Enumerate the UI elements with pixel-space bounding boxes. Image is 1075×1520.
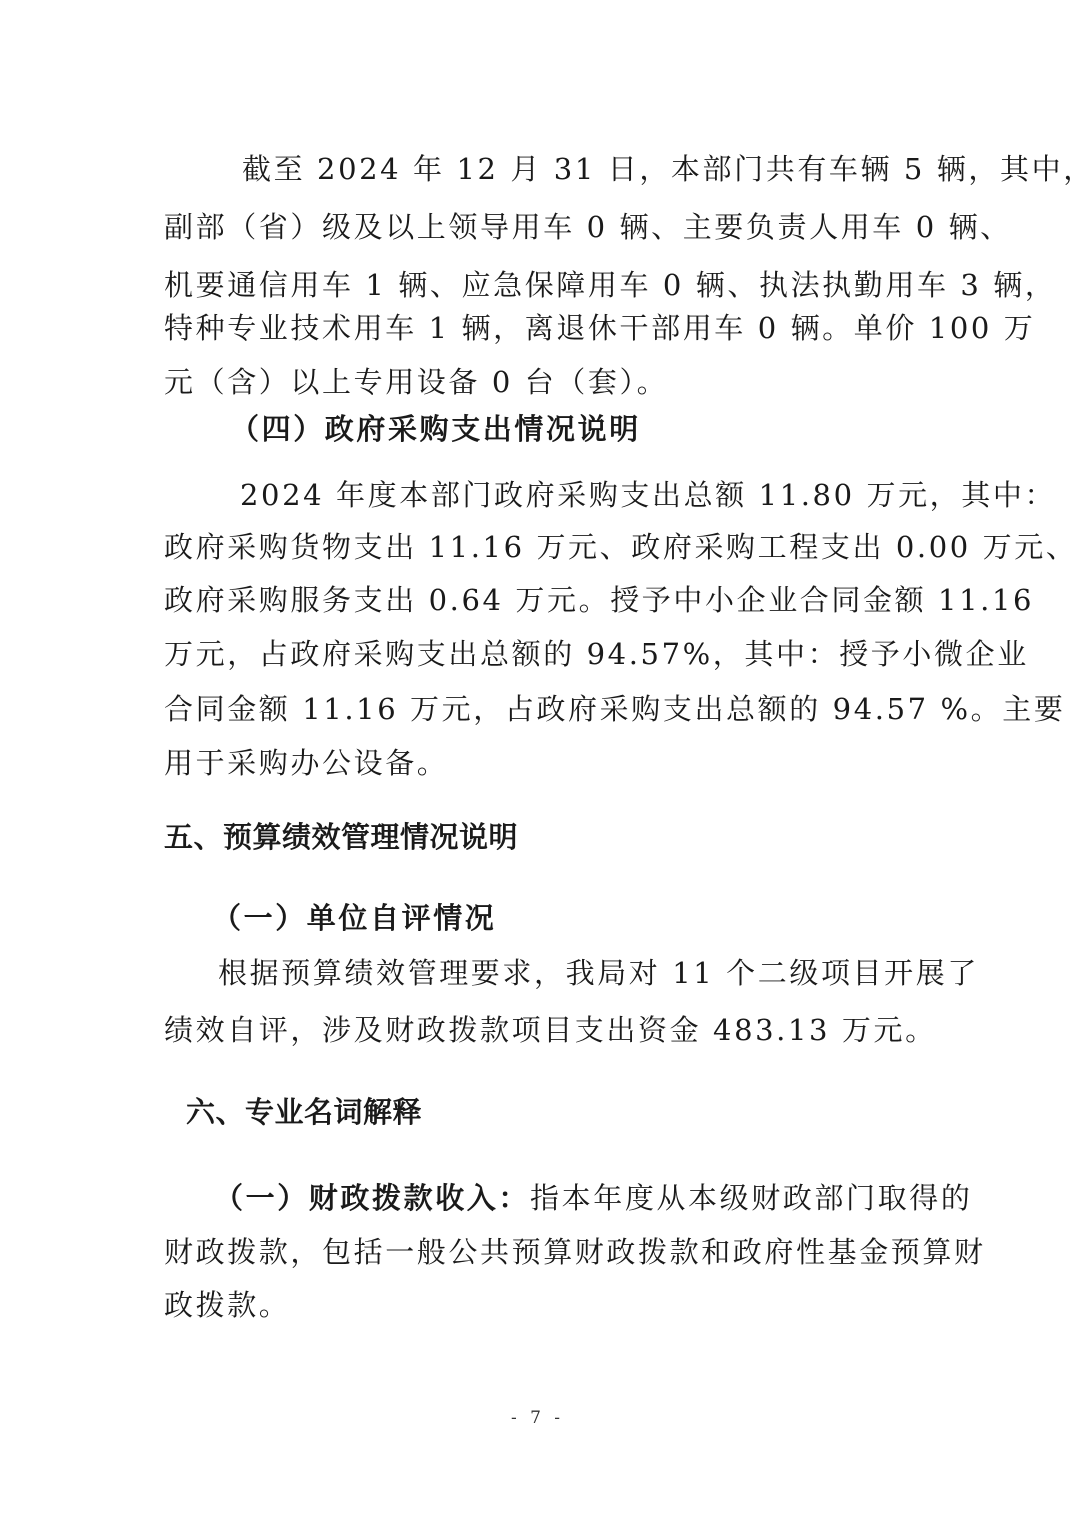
term-1-definition-start: 指本年度从本级财政部门取得的 — [530, 1181, 972, 1215]
procurement-line-5: 合同金额 11.16 万元，占政府采购支出总额的 94.57 %。主要 — [164, 689, 1065, 729]
vehicles-line-4: 特种专业技术用车 1 辆，离退休干部用车 0 辆。单价 100 万 — [164, 308, 1035, 348]
procurement-line-1: 2024 年度本部门政府采购支出总额 11.80 万元，其中： — [240, 475, 1056, 515]
procurement-line-2: 政府采购货物支出 11.16 万元、政府采购工程支出 0.00 万元、 — [164, 527, 1075, 567]
vehicles-line-2: 副部（省）级及以上领导用车 0 辆、主要负责人用车 0 辆、 — [164, 207, 1012, 247]
procurement-line-6: 用于采购办公设备。 — [164, 743, 448, 783]
term-1-line-2: 财政拨款，包括一般公共预算财政拨款和政府性基金预算财 — [164, 1232, 986, 1272]
section-6-heading: 六、专业名词解释 — [186, 1092, 422, 1132]
self-eval-line-1: 根据预算绩效管理要求，我局对 11 个二级项目开展了 — [218, 953, 979, 993]
term-1-line-3: 政拨款。 — [164, 1285, 290, 1325]
self-eval-line-2: 绩效自评，涉及财政拨款项目支出资金 483.13 万元。 — [164, 1010, 937, 1050]
term-1-line-1: （一）财政拨款收入：指本年度从本级财政部门取得的 — [214, 1178, 972, 1218]
self-eval-heading: （一）单位自评情况 — [212, 898, 496, 938]
vehicles-line-1: 截至 2024 年 12 月 31 日，本部门共有车辆 5 辆，其中， — [242, 149, 1075, 189]
vehicles-line-5: 元（含）以上专用设备 0 台（套）。 — [164, 362, 668, 402]
procurement-heading: （四）政府采购支出情况说明 — [230, 409, 641, 449]
term-1-label: （一）财政拨款收入： — [214, 1181, 530, 1215]
procurement-line-4: 万元，占政府采购支出总额的 94.57%，其中：授予小微企业 — [164, 634, 1029, 674]
procurement-line-3: 政府采购服务支出 0.64 万元。授予中小企业合同金额 11.16 — [164, 580, 1034, 620]
section-5-heading: 五、预算绩效管理情况说明 — [164, 817, 518, 857]
vehicles-line-3: 机要通信用车 1 辆、应急保障用车 0 辆、执法执勤用车 3 辆， — [164, 265, 1056, 305]
page-number: - 7 - — [0, 1408, 1075, 1428]
